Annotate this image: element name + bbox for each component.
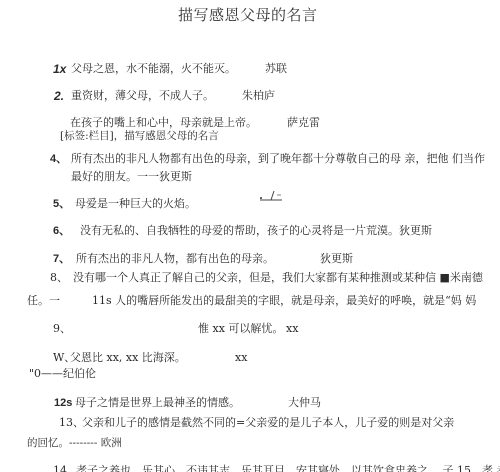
quote-number: 1x [53,62,66,76]
quote-author: xx [286,322,298,336]
quote-number: 6、 [53,224,70,238]
quote-text: 所有杰出的非凡人物，都有出色的母亲。 [76,252,274,266]
quote-author: xx [235,351,247,365]
quote-number: 9、 [53,322,71,336]
tag-line: [标签:栏目]，描写感恩父母的名言 [60,129,219,143]
quote-number: 7、 [53,252,70,266]
quote-text: 孝子之养也，乐其心，不违其志，乐其耳目，安其寝处，以其饮食忠养之。 子 15、孝… [76,464,500,472]
quote-author: 萨克雷 [287,116,320,130]
quote-author: 大仲马 [288,396,321,410]
quote-author: 苏联 [265,62,287,76]
quote-text: 父母之恩，水不能溺，火不能灭。 [71,62,236,76]
quote-text-cont: "0——纪伯伦 [29,367,96,381]
quote-number: 14、 [53,464,78,472]
quote-text: 没有哪一个人真正了解自己的父亲，但是，我们大家都有某种推测或某种信 ■米南德 [73,271,483,285]
quote-text-prefix: 任。一 [27,294,60,308]
quote-text-cont: 11s 人的嘴唇所能发出的最甜美的字眼，就是母亲，最美好的呼唤，就是“妈 妈 [92,294,476,308]
quote-text: 在孩子的嘴上和心中，母亲就是上帝。 [70,116,257,130]
quote-text: 重资财，薄父母，不成人子。 [71,89,214,103]
scribble-mark-icon [258,188,286,202]
quote-text: 父亲和儿子的感情是截然不同的=父亲爱的是儿子本人，儿子爱的则是对父亲 [82,416,454,430]
page-title: 描写感恩父母的名言 [178,8,318,22]
quote-number: 12s [54,396,72,410]
quote-number: 13、 [59,416,84,430]
quote-text: 母子之情是世界上最神圣的情感。 [75,396,240,410]
quote-number: 2. [54,89,64,103]
quote-number: 4、 [50,152,67,166]
quote-text: 惟 xx 可以解忧。 [198,322,283,336]
quote-text: 父恩比 xx, xx 比海深。 [70,351,186,365]
quote-number: 8、 [50,271,68,285]
clipped-line: 14、 孝子之养也，乐其心，不违其志，乐其耳目，安其寝处，以其饮食忠养之。 子 … [0,462,500,472]
quote-author: 朱柏庐 [242,89,275,103]
quote-text: 母爱是一种巨大的火焰。 [75,197,196,211]
quote-text: 没有无私的、自我牺牲的母爱的帮助，孩子的心灵将是一片荒漠。狄更斯 [80,224,432,238]
quote-text: 所有杰出的非凡人物都有出色的母亲，到了晚年都十分尊敬自己的母 亲，把他 们当作 [71,152,485,166]
quote-text-cont: 的回忆。-------- 欧洲 [27,436,122,450]
quote-author: 狄更斯 [320,252,353,266]
quote-number: 5、 [53,197,70,211]
quote-text-cont: 最好的朋友。一一狄更斯 [71,170,192,184]
